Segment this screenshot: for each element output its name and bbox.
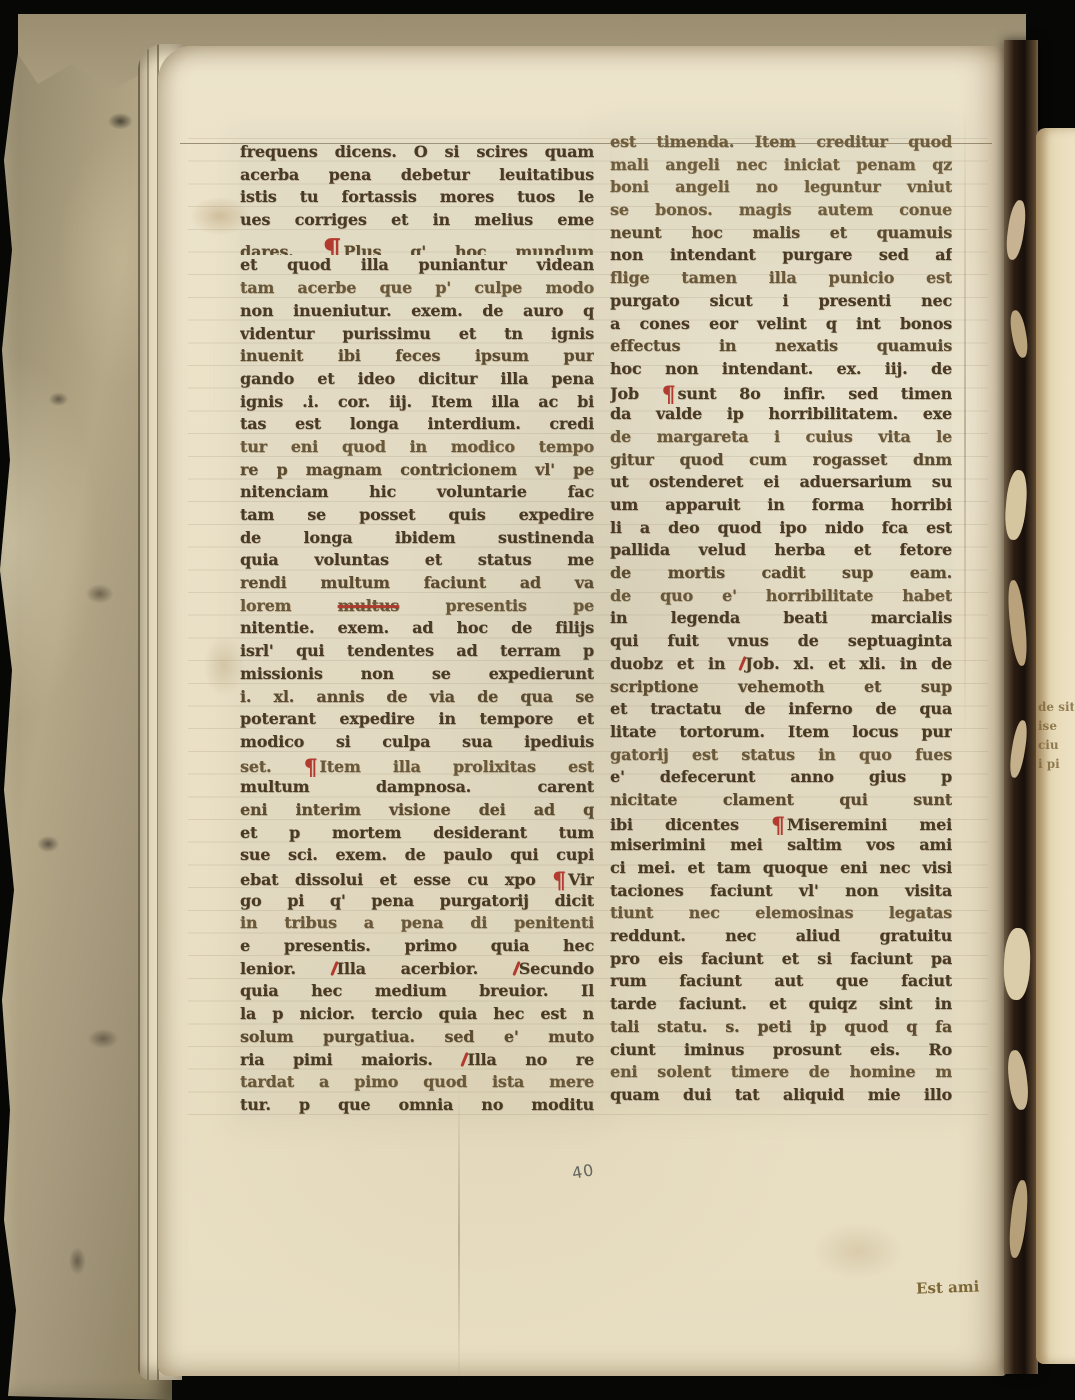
ink-text: ignis .i. cor. iij. Item illa ac bi bbox=[240, 392, 594, 411]
manuscript-line: in tribus a pena di penitenti bbox=[240, 913, 594, 936]
manuscript-line: istis tu fortassis mores tuos le bbox=[240, 187, 594, 210]
ink-text: nitenciam hic voluntarie fac bbox=[240, 482, 594, 501]
ink-text: de longa ibidem sustinenda bbox=[240, 528, 594, 547]
ink-text: poterant expedire in tempore et bbox=[240, 709, 594, 728]
manuscript-line: tarde faciunt. et quiqz sint in bbox=[610, 994, 952, 1017]
ink-text: boni angeli no leguntur vniut bbox=[610, 177, 952, 196]
facing-page-edge: de sitiseciui pi bbox=[1036, 128, 1075, 1364]
ink-text: lenior. bbox=[240, 959, 331, 978]
pilcrow-rubric: ¶ bbox=[552, 868, 566, 891]
ink-text: ebat dissolui et esse cu xpo bbox=[240, 870, 552, 889]
ink-text: tam acerbe que p' culpe modo bbox=[240, 278, 594, 297]
ink-text: in tribus a pena di penitenti bbox=[240, 913, 594, 932]
ink-text: ria pimi maioris. bbox=[240, 1050, 461, 1069]
manuscript-line: de longa ibidem sustinenda bbox=[240, 528, 594, 551]
ink-text: de quo e' horribilitate habet bbox=[610, 586, 952, 605]
ink-text: eni interim visione dei ad q bbox=[240, 800, 594, 819]
ink-text: tur eni quod in modico tempo bbox=[240, 437, 594, 456]
ink-text: litate tortorum. Item locus pur bbox=[610, 722, 952, 741]
ink-text: et tractatu de inferno de qua bbox=[610, 699, 952, 718]
ink-text: Secundo bbox=[519, 959, 594, 978]
ink-text: effectus in nexatis quamuis bbox=[610, 336, 952, 355]
pilcrow-rubric: ¶ bbox=[304, 755, 318, 778]
manuscript-line: tiunt nec elemosinas legatas bbox=[610, 903, 952, 926]
binding-fragment bbox=[1005, 1049, 1030, 1111]
manuscript-line: taciones faciunt vl' non visita bbox=[610, 881, 952, 904]
ink-text: tas est longa interdium. credi bbox=[240, 414, 594, 433]
ink-text: non inueniutur. exem. de auro q bbox=[240, 301, 594, 320]
ink-text: inuenit ibi feces ipsum pur bbox=[240, 346, 594, 365]
manuscript-line: ebat dissolui et esse cu xpo ¶Vir bbox=[240, 868, 594, 891]
manuscript-line: tali statu. s. peti ip quod q fa bbox=[610, 1017, 952, 1040]
binding-fragment bbox=[1008, 719, 1030, 778]
manuscript-line: a cones eor velint q int bonos bbox=[610, 314, 952, 337]
manuscript-line: gitur quod cum rogasset dnm bbox=[610, 450, 952, 473]
manuscript-line: neunt hoc malis et quamuis bbox=[610, 223, 952, 246]
manuscript-line: tur eni quod in modico tempo bbox=[240, 437, 594, 460]
manuscript-line: go pi q' pena purgatorij dicit bbox=[240, 891, 594, 914]
ink-text: e presentis. primo quia hec bbox=[240, 936, 594, 955]
manuscript-line: duobz et in Job. xl. et xli. in de bbox=[610, 654, 952, 677]
ghost-text-line: i pi bbox=[1038, 755, 1074, 774]
manuscript-line: poterant expedire in tempore et bbox=[240, 709, 594, 732]
ink-text: purgato sicut i presenti nec bbox=[610, 291, 952, 310]
ink-text: sue sci. exem. de paulo qui cupi bbox=[240, 845, 594, 864]
manuscript-line: quam dui tat aliquid mie illo bbox=[610, 1085, 952, 1108]
ink-text: mali angeli nec iniciat penam qz bbox=[610, 155, 952, 174]
manuscript-line: de quo e' horribilitate habet bbox=[610, 586, 952, 609]
manuscript-line: acerba pena debetur leuitatibus bbox=[240, 165, 594, 188]
manuscript-line: gatorij est status in quo fues bbox=[610, 745, 952, 768]
manuscript-line: quia hec medium breuior. Il bbox=[240, 981, 594, 1004]
manuscript-line: lenior. Illa acerbior. Secundo bbox=[240, 959, 594, 982]
manuscript-line: de mortis cadit sup eam. bbox=[610, 563, 952, 586]
ink-text: non intendant purgare sed af bbox=[610, 245, 952, 264]
manuscript-line: isrl' qui tendentes ad terram p bbox=[240, 641, 594, 664]
manuscript-line: nitenciam hic voluntarie fac bbox=[240, 482, 594, 505]
pilcrow-rubric: ¶ bbox=[662, 382, 676, 405]
ink-text: duobz et in bbox=[610, 654, 739, 673]
ghost-text-line: ciu bbox=[1038, 736, 1074, 755]
manuscript-line: dares. ¶Plus q' hoc mundum bbox=[240, 233, 594, 256]
manuscript-line: tas est longa interdium. credi bbox=[240, 414, 594, 437]
manuscript-line: nitentie. exem. ad hoc de filijs bbox=[240, 618, 594, 641]
ink-text: tali statu. s. peti ip quod q fa bbox=[610, 1017, 952, 1036]
manuscript-line: e' defecerunt anno gius p bbox=[610, 767, 952, 790]
ink-text: quia hec medium breuior. Il bbox=[240, 981, 594, 1000]
manuscript-line: se bonos. magis autem conue bbox=[610, 200, 952, 223]
ink-text: eni solent timere de homine m bbox=[610, 1062, 952, 1081]
ink-text: videntur purissimu et tn ignis bbox=[240, 324, 594, 343]
ink-text: pro eis faciunt et si faciunt pa bbox=[610, 949, 952, 968]
manuscript-line: frequens dicens. O si scires quam bbox=[240, 142, 594, 165]
ink-text: Illa no re bbox=[467, 1050, 594, 1069]
manuscript-line: tardat a pimo quod ista mere bbox=[240, 1072, 594, 1095]
ink-text: nitentie. exem. ad hoc de filijs bbox=[240, 618, 594, 637]
manuscript-photo: frequens dicens. O si scires quamacerba … bbox=[0, 0, 1075, 1400]
ink-text: se bonos. magis autem conue bbox=[610, 200, 952, 219]
ink-text: go pi q' pena purgatorij dicit bbox=[240, 891, 594, 910]
manuscript-line: miserimini mei saltim vos ami bbox=[610, 835, 952, 858]
ink-text: la p nicior. tercio quia hec est n bbox=[240, 1004, 594, 1023]
parchment-crease bbox=[458, 1086, 460, 1386]
ink-text: i. xl. annis de via de qua se bbox=[240, 687, 594, 706]
manuscript-line: ibi dicentes ¶Miseremini mei bbox=[610, 813, 952, 836]
manuscript-line: in legenda beati marcialis bbox=[610, 608, 952, 631]
ink-text: ciunt iminus prosunt eis. Ro bbox=[610, 1040, 952, 1059]
ink-text: lorem bbox=[240, 596, 338, 615]
ink-text: in legenda beati marcialis bbox=[610, 608, 952, 627]
manuscript-line: eni interim visione dei ad q bbox=[240, 800, 594, 823]
ink-text: istis tu fortassis mores tuos le bbox=[240, 187, 594, 206]
ink-text: dares. bbox=[240, 242, 322, 256]
ink-text: ci mei. et tam quoque eni nec visi bbox=[610, 858, 952, 877]
ink-text: gatorij est status in quo fues bbox=[610, 745, 952, 764]
ink-text: gando et ideo dicitur illa pena bbox=[240, 369, 594, 388]
catchword: Est ami bbox=[916, 1276, 1013, 1297]
manuscript-line: ciunt iminus prosunt eis. Ro bbox=[610, 1040, 952, 1063]
binding-fragment bbox=[1003, 469, 1029, 540]
ink-text: rendi multum faciunt ad va bbox=[240, 573, 594, 592]
ink-text: et p mortem desiderant tum bbox=[240, 823, 594, 842]
manuscript-line: hoc non intendant. ex. iij. de bbox=[610, 359, 952, 382]
ink-text: ibi dicentes bbox=[610, 815, 771, 834]
manuscript-line: set. ¶Item illa prolixitas est bbox=[240, 755, 594, 778]
manuscript-line: e presentis. primo quia hec bbox=[240, 936, 594, 959]
manuscript-line: tam acerbe que p' culpe modo bbox=[240, 278, 594, 301]
ink-text: Miseremini mei bbox=[787, 815, 952, 834]
ink-text: quam dui tat aliquid mie illo bbox=[610, 1085, 952, 1104]
manuscript-line: et p mortem desiderant tum bbox=[240, 823, 594, 846]
ink-text: missionis non se expedierunt bbox=[240, 664, 594, 683]
ink-text: li a deo quod ipo nido fca est bbox=[610, 518, 952, 537]
ink-text: de margareta i cuius vita le bbox=[610, 427, 952, 446]
pilcrow-rubric: ¶ bbox=[771, 813, 785, 836]
ink-text: hoc non intendant. ex. iij. de bbox=[610, 359, 952, 378]
manuscript-line: sue sci. exem. de paulo qui cupi bbox=[240, 845, 594, 868]
ink-text: acerba pena debetur leuitatibus bbox=[240, 165, 594, 184]
ink-text: neunt hoc malis et quamuis bbox=[610, 223, 952, 242]
ink-text: tarde faciunt. et quiqz sint in bbox=[610, 994, 952, 1013]
manuscript-line: ut ostenderet ei aduersarium su bbox=[610, 472, 952, 495]
manuscript-line: solum purgatiua. sed e' muto bbox=[240, 1027, 594, 1050]
manuscript-line: da valde ip horribilitatem. exe bbox=[610, 404, 952, 427]
manuscript-line: inuenit ibi feces ipsum pur bbox=[240, 346, 594, 369]
manuscript-line: litate tortorum. Item locus pur bbox=[610, 722, 952, 745]
ink-text: est timenda. Item creditur quod bbox=[610, 132, 952, 151]
ink-text: frequens dicens. O si scires quam bbox=[240, 142, 594, 161]
ink-text: tam se posset quis expedire bbox=[240, 505, 594, 524]
ghost-text-line: de sit bbox=[1038, 698, 1074, 717]
ink-text: isrl' qui tendentes ad terram p bbox=[240, 641, 594, 660]
manuscript-line: ria pimi maioris. Illa no re bbox=[240, 1050, 594, 1073]
ink-text: nicitate clament qui sunt bbox=[610, 790, 952, 809]
ink-text: Item illa prolixitas est bbox=[319, 757, 594, 776]
ink-text: Vir bbox=[568, 870, 594, 889]
manuscript-line: um apparuit in forma horribi bbox=[610, 495, 952, 518]
ink-text: da valde ip horribilitatem. exe bbox=[610, 404, 952, 423]
ink-text: rum faciunt aut que faciut bbox=[610, 971, 952, 990]
manuscript-line: et tractatu de inferno de qua bbox=[610, 699, 952, 722]
ink-text: tur. p que omnia no moditu bbox=[240, 1095, 594, 1114]
ink-text: Job. xl. et xli. in de bbox=[745, 654, 952, 673]
manuscript-line: ues corriges et in melius eme bbox=[240, 210, 594, 233]
ink-text: e' defecerunt anno gius p bbox=[610, 767, 952, 786]
ink-text: tiunt nec elemosinas legatas bbox=[610, 903, 952, 922]
manuscript-line: rendi multum faciunt ad va bbox=[240, 573, 594, 596]
binding-fragment bbox=[1008, 309, 1030, 359]
pilcrow-rubric: ¶ bbox=[322, 233, 341, 256]
text-column-right: est timenda. Item creditur quodmali ange… bbox=[610, 132, 952, 1108]
manuscript-line: modico si culpa sua ipediuis bbox=[240, 732, 594, 755]
parchment-crease bbox=[964, 106, 966, 746]
manuscript-line: non intendant purgare sed af bbox=[610, 245, 952, 268]
manuscript-page: frequens dicens. O si scires quamacerba … bbox=[158, 46, 1006, 1376]
ink-text: et quod illa puniantur videan bbox=[240, 255, 594, 274]
manuscript-line: rum faciunt aut que faciut bbox=[610, 971, 952, 994]
manuscript-line: lorem multus presentis pe bbox=[240, 596, 594, 619]
manuscript-line: est timenda. Item creditur quod bbox=[610, 132, 952, 155]
manuscript-line: li a deo quod ipo nido fca est bbox=[610, 518, 952, 541]
ink-text: set. bbox=[240, 757, 304, 776]
ink-text: um apparuit in forma horribi bbox=[610, 495, 952, 514]
struck-word: multus bbox=[338, 596, 399, 615]
manuscript-line: multum dampnosa. carent bbox=[240, 777, 594, 800]
manuscript-line: missionis non se expedierunt bbox=[240, 664, 594, 687]
manuscript-line: boni angeli no leguntur vniut bbox=[610, 177, 952, 200]
manuscript-line: eni solent timere de homine m bbox=[610, 1062, 952, 1085]
manuscript-line: qui fuit vnus de septuaginta bbox=[610, 631, 952, 654]
text-column-left: frequens dicens. O si scires quamacerba … bbox=[240, 142, 594, 1118]
ink-text: re p magnam contricionem vl' pe bbox=[240, 460, 594, 479]
manuscript-line: tam se posset quis expedire bbox=[240, 505, 594, 528]
ink-text: qui fuit vnus de septuaginta bbox=[610, 631, 952, 650]
manuscript-line: flige tamen illa punicio est bbox=[610, 268, 952, 291]
manuscript-line: scriptione vehemoth et sup bbox=[610, 677, 952, 700]
binding-fragment bbox=[1004, 199, 1028, 261]
manuscript-line: pro eis faciunt et si faciunt pa bbox=[610, 949, 952, 972]
manuscript-line: pallida velud herba et fetore bbox=[610, 540, 952, 563]
ink-text: scriptione vehemoth et sup bbox=[610, 677, 952, 696]
ink-text: Plus q' hoc mundum bbox=[343, 242, 594, 256]
ink-text: miserimini mei saltim vos ami bbox=[610, 835, 952, 854]
ink-text: solum purgatiua. sed e' muto bbox=[240, 1027, 594, 1046]
manuscript-line: re p magnam contricionem vl' pe bbox=[240, 460, 594, 483]
binding-fragment bbox=[1003, 928, 1031, 1001]
ink-text: modico si culpa sua ipediuis bbox=[240, 732, 594, 751]
manuscript-line: ignis .i. cor. iij. Item illa ac bi bbox=[240, 392, 594, 415]
ink-text: de mortis cadit sup eam. bbox=[610, 563, 952, 582]
ink-text: tardat a pimo quod ista mere bbox=[240, 1072, 594, 1091]
book-gutter bbox=[1004, 40, 1038, 1374]
facing-ghost-text: de sitiseciui pi bbox=[1038, 698, 1074, 774]
ink-text: pallida velud herba et fetore bbox=[610, 540, 952, 559]
ink-text: a cones eor velint q int bonos bbox=[610, 314, 952, 333]
ink-text: reddunt. nec aliud gratuitu bbox=[610, 926, 952, 945]
manuscript-line: effectus in nexatis quamuis bbox=[610, 336, 952, 359]
manuscript-line: gando et ideo dicitur illa pena bbox=[240, 369, 594, 392]
binding-fragment bbox=[1006, 579, 1030, 666]
manuscript-line: non inueniutur. exem. de auro q bbox=[240, 301, 594, 324]
ink-text: Job bbox=[610, 384, 662, 403]
ink-text: quia voluntas et status me bbox=[240, 550, 594, 569]
manuscript-line: quia voluntas et status me bbox=[240, 550, 594, 573]
manuscript-line: reddunt. nec aliud gratuitu bbox=[610, 926, 952, 949]
manuscript-line: purgato sicut i presenti nec bbox=[610, 291, 952, 314]
ink-text: taciones faciunt vl' non visita bbox=[610, 881, 952, 900]
manuscript-line: videntur purissimu et tn ignis bbox=[240, 324, 594, 347]
manuscript-line: de margareta i cuius vita le bbox=[610, 427, 952, 450]
ink-text: sunt 8o infir. sed timen bbox=[677, 384, 952, 403]
ink-text: flige tamen illa punicio est bbox=[610, 268, 952, 287]
pencil-folio-number: 40 bbox=[571, 1160, 596, 1183]
ink-text: gitur quod cum rogasset dnm bbox=[610, 450, 952, 469]
manuscript-line: la p nicior. tercio quia hec est n bbox=[240, 1004, 594, 1027]
manuscript-line: mali angeli nec iniciat penam qz bbox=[610, 155, 952, 178]
ink-text: ues corriges et in melius eme bbox=[240, 210, 594, 229]
manuscript-line: et quod illa puniantur videan bbox=[240, 255, 594, 278]
ink-text: presentis pe bbox=[399, 596, 594, 615]
manuscript-line: nicitate clament qui sunt bbox=[610, 790, 952, 813]
manuscript-line: i. xl. annis de via de qua se bbox=[240, 687, 594, 710]
binding-fragment bbox=[1007, 1179, 1030, 1258]
manuscript-line: tur. p que omnia no moditu bbox=[240, 1095, 594, 1118]
ink-text: ut ostenderet ei aduersarium su bbox=[610, 472, 952, 491]
ink-text: Illa acerbior. bbox=[337, 959, 513, 978]
manuscript-line: Job ¶sunt 8o infir. sed timen bbox=[610, 382, 952, 405]
ghost-text-line: ise bbox=[1038, 717, 1074, 736]
ink-text: multum dampnosa. carent bbox=[240, 777, 594, 796]
manuscript-line: ci mei. et tam quoque eni nec visi bbox=[610, 858, 952, 881]
